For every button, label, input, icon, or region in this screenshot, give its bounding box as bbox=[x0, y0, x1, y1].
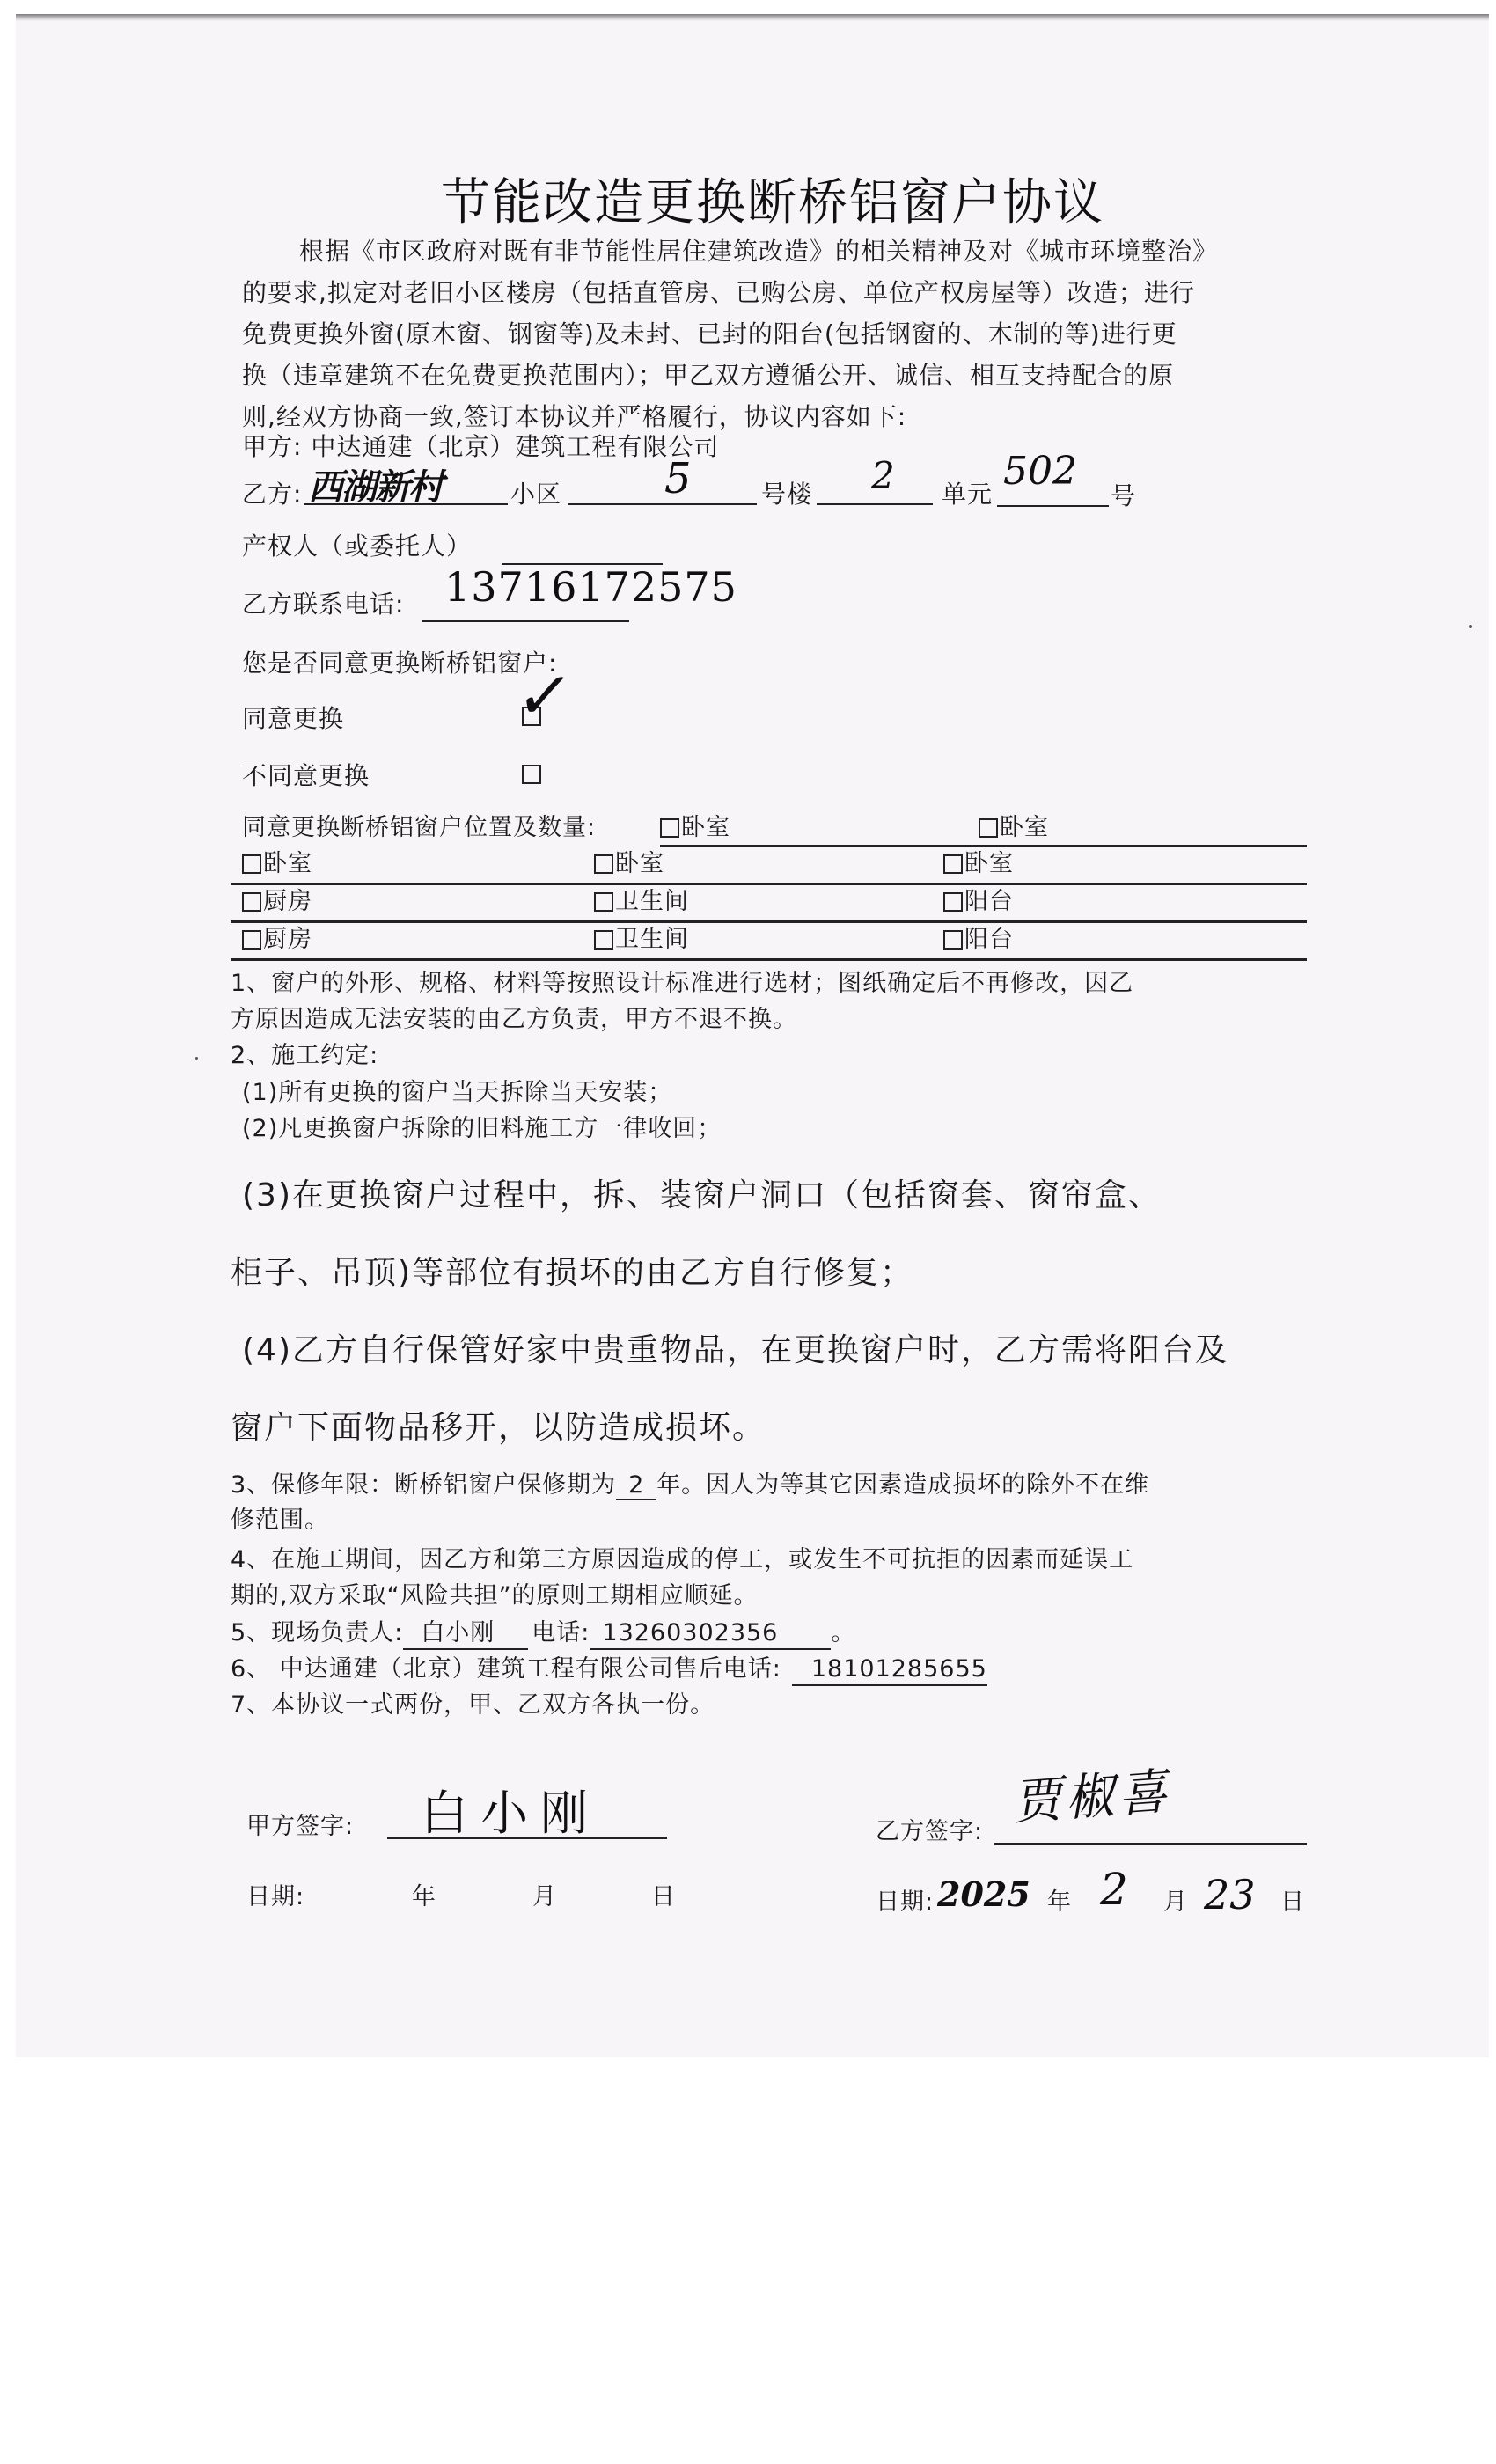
disagree-label: 不同意更换 bbox=[242, 755, 370, 796]
checkbox-icon bbox=[594, 930, 613, 950]
location-checkbox[interactable]: 厨房 bbox=[242, 919, 312, 960]
party-b-signature-line bbox=[994, 1843, 1307, 1845]
party-b-signature[interactable]: 贾椒喜 bbox=[1009, 1753, 1172, 1834]
clause-5: 5、现场负责人:白小刚电话:13260302356。 bbox=[231, 1612, 855, 1654]
scan-speck bbox=[1469, 625, 1472, 628]
site-phone-label: 电话: bbox=[532, 1619, 590, 1646]
location-checkbox[interactable]: 卧室 bbox=[979, 807, 1049, 848]
checkbox-icon bbox=[594, 892, 613, 912]
room-suffix: 号 bbox=[1111, 475, 1136, 517]
location-label: 卧室 bbox=[615, 850, 664, 877]
checkmark-icon: ✓ bbox=[512, 658, 577, 734]
checkbox-icon bbox=[522, 765, 541, 784]
party-b-label: 乙方: bbox=[242, 473, 302, 515]
warranty-years-field[interactable]: 2 bbox=[616, 1472, 656, 1500]
community-field[interactable]: 西湖新村 bbox=[308, 459, 442, 510]
building-suffix: 号楼 bbox=[761, 473, 812, 515]
location-row-line bbox=[231, 920, 1307, 923]
location-label: 阳台 bbox=[964, 888, 1014, 915]
intro-line-1: 根据《市区政府对既有非节能性居住建筑改造》的相关精神及对《城市环境整治》 bbox=[299, 231, 1218, 272]
checkbox-icon bbox=[594, 854, 613, 874]
clause-3-suffix: 年。因人为等其它因素造成损坏的除外不在维 bbox=[656, 1471, 1149, 1499]
clause-2-1: (1)所有更换的窗户当天拆除当天安装； bbox=[242, 1072, 672, 1113]
checkbox-icon bbox=[943, 930, 963, 950]
party-b-date-label: 日期: bbox=[876, 1881, 934, 1923]
phone-underline bbox=[422, 620, 629, 622]
clause-2-4-line-1: (4)乙方自行保管好家中贵重物品，在更换窗户时，乙方需将阳台及 bbox=[242, 1325, 1228, 1370]
party-b-year-label: 年 bbox=[1047, 1881, 1072, 1923]
site-manager-field[interactable]: 白小刚 bbox=[403, 1618, 528, 1650]
location-checkbox[interactable]: 卧室 bbox=[943, 843, 1014, 884]
intro-line-2: 的要求,拟定对老旧小区楼房（包括直管房、已购公房、单位产权房屋等）改造；进行 bbox=[242, 272, 1195, 313]
unit-underline bbox=[817, 503, 933, 505]
location-label: 卧室 bbox=[1000, 814, 1049, 841]
scan-speck bbox=[195, 1057, 198, 1060]
clause-1-line-1: 1、窗户的外形、规格、材料等按照设计标准进行选材；图纸确定后不再修改，因乙 bbox=[231, 963, 1133, 1004]
location-row-line bbox=[231, 958, 1307, 961]
party-a-day-label: 日 bbox=[651, 1876, 676, 1918]
party-b-signature-label: 乙方签字: bbox=[876, 1811, 983, 1852]
clause-2-4-line-2: 窗户下面物品移开，以防造成损坏。 bbox=[231, 1403, 766, 1448]
party-a-name: 中达通建（北京）建筑工程有限公司 bbox=[311, 432, 719, 461]
intro-line-3: 免费更换外窗(原木窗、钢窗等)及未封、已封的阳台(包括钢窗的、木制的等)进行更 bbox=[242, 313, 1177, 355]
party-b-day-label: 日 bbox=[1280, 1881, 1305, 1923]
locations-label: 同意更换断桥铝窗户位置及数量: bbox=[242, 807, 596, 848]
room-field[interactable]: 502 bbox=[1003, 449, 1077, 494]
clause-2-3-line-2: 柜子、吊顶)等部位有损坏的由乙方自行修复； bbox=[231, 1248, 913, 1293]
checkbox-icon bbox=[979, 818, 998, 838]
clause-3-prefix: 3、保修年限：断桥铝窗户保修期为 bbox=[231, 1471, 616, 1499]
location-checkbox[interactable]: 阳台 bbox=[943, 919, 1014, 960]
site-manager-label: 5、现场负责人: bbox=[231, 1619, 403, 1646]
scan-top-edge bbox=[16, 14, 1489, 21]
clause-2-2: (2)凡更换窗户拆除的旧料施工方一律收回； bbox=[242, 1108, 722, 1149]
checkbox-icon bbox=[660, 818, 679, 838]
clause-4-line-2: 期的,双方采取“风险共担”的原则工期相应顺延。 bbox=[231, 1575, 759, 1617]
community-suffix: 小区 bbox=[510, 473, 561, 515]
clause-6: 6、 中达通建（北京）建筑工程有限公司售后电话:18101285655 bbox=[231, 1648, 987, 1690]
clause-5-end: 。 bbox=[831, 1619, 855, 1646]
clause-3-line-2: 修范围。 bbox=[231, 1500, 329, 1541]
party-a-date-label: 日期: bbox=[246, 1876, 304, 1918]
location-checkbox[interactable]: 卧室 bbox=[594, 843, 664, 884]
location-checkbox[interactable]: 卫生间 bbox=[594, 881, 689, 922]
location-label: 卧室 bbox=[681, 814, 730, 841]
agree-label: 同意更换 bbox=[242, 698, 344, 739]
location-checkbox[interactable]: 卧室 bbox=[242, 843, 312, 884]
owner-label: 产权人（或委托人） bbox=[242, 525, 472, 567]
unit-field[interactable]: 2 bbox=[871, 454, 895, 497]
location-label: 厨房 bbox=[263, 888, 312, 915]
document-title: 节能改造更换断桥铝窗户协议 bbox=[0, 164, 1496, 234]
building-underline bbox=[568, 503, 757, 505]
clause-2-3-line-1: (3)在更换窗户过程中，拆、装窗户洞口（包括窗套、窗帘盒、 bbox=[242, 1170, 1162, 1215]
party-b-month-label: 月 bbox=[1163, 1881, 1188, 1923]
disagree-checkbox[interactable] bbox=[522, 765, 543, 785]
party-b-year-field[interactable]: 2025 bbox=[937, 1874, 1030, 1914]
location-checkbox[interactable]: 卫生间 bbox=[594, 919, 689, 960]
party-a-month-label: 月 bbox=[532, 1876, 557, 1918]
checkbox-icon bbox=[943, 892, 963, 912]
clause-1-line-2: 方原因造成无法安装的由乙方负责，甲方不退不换。 bbox=[231, 999, 797, 1040]
clause-3-line-1: 3、保修年限：断桥铝窗户保修期为2年。因人为等其它因素造成损坏的除外不在维 bbox=[231, 1464, 1149, 1506]
location-label: 卧室 bbox=[263, 850, 312, 877]
clause-2-heading: 2、施工约定: bbox=[231, 1035, 378, 1076]
after-sales-phone-field[interactable]: 18101285655 bbox=[792, 1654, 987, 1686]
location-label: 卫生间 bbox=[615, 888, 689, 915]
checkbox-icon bbox=[242, 892, 261, 912]
party-b-day-field[interactable]: 23 bbox=[1204, 1871, 1256, 1918]
party-a-signature-label: 甲方签字: bbox=[246, 1806, 354, 1847]
site-phone-field[interactable]: 13260302356 bbox=[590, 1618, 831, 1650]
location-label: 厨房 bbox=[263, 926, 312, 953]
party-b-month-field[interactable]: 2 bbox=[1100, 1864, 1128, 1915]
after-sales-label: 6、 中达通建（北京）建筑工程有限公司售后电话: bbox=[231, 1655, 781, 1683]
clause-7: 7、本协议一式两份，甲、乙双方各执一份。 bbox=[231, 1684, 715, 1726]
intro-line-4: 换（违章建筑不在免费更换范围内）；甲乙双方遵循公开、诚信、相互支持配合的原 bbox=[242, 355, 1174, 396]
location-label: 卧室 bbox=[964, 850, 1014, 877]
location-label: 卫生间 bbox=[615, 926, 689, 953]
location-checkbox[interactable]: 卧室 bbox=[660, 807, 730, 848]
phone-field[interactable]: 13716172575 bbox=[444, 563, 737, 611]
location-checkbox[interactable]: 阳台 bbox=[943, 881, 1014, 922]
party-a-signature[interactable]: 白小刚 bbox=[421, 1776, 600, 1844]
checkbox-icon bbox=[943, 854, 963, 874]
location-row-line bbox=[231, 883, 1307, 885]
room-underline bbox=[997, 505, 1109, 507]
unit-suffix: 单元 bbox=[942, 473, 993, 515]
party-a-year-label: 年 bbox=[412, 1876, 436, 1918]
building-field[interactable]: 5 bbox=[664, 454, 692, 503]
clause-4-line-1: 4、在施工期间，因乙方和第三方原因造成的停工，或发生不可抗拒的因素而延误工 bbox=[231, 1539, 1133, 1580]
consent-question: 您是否同意更换断桥铝窗户: bbox=[242, 642, 557, 684]
location-checkbox[interactable]: 厨房 bbox=[242, 881, 312, 922]
party-a-label: 甲方: bbox=[242, 432, 302, 461]
checkbox-icon bbox=[242, 854, 261, 874]
checkbox-icon bbox=[242, 930, 261, 950]
location-label: 阳台 bbox=[964, 926, 1014, 953]
phone-label: 乙方联系电话: bbox=[242, 583, 404, 625]
